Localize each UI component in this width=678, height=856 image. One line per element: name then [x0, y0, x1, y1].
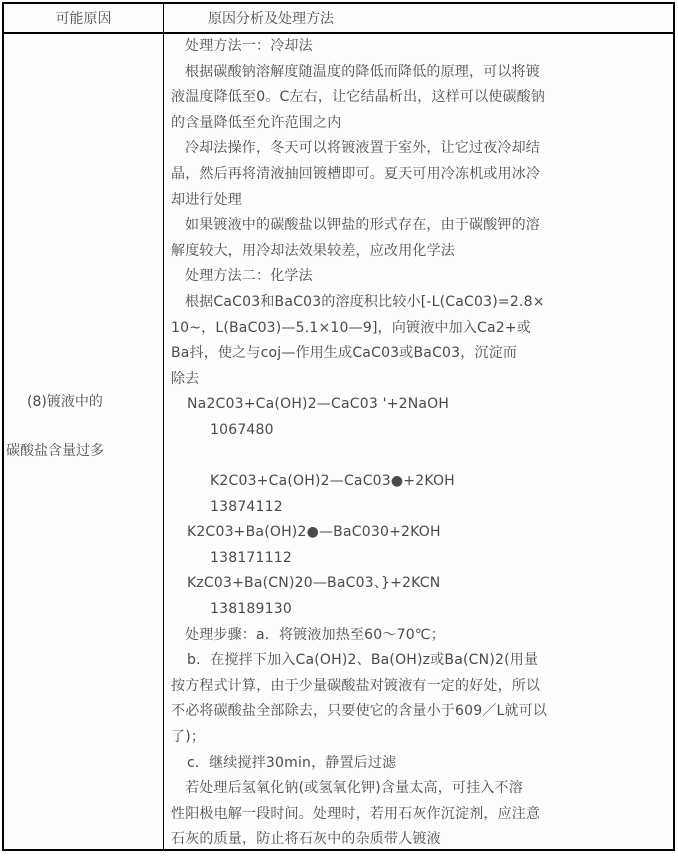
analysis-line: K2C03+Ba(OH)2●—BaC030+2KOH [171, 520, 669, 546]
analysis-line: 了)； [171, 725, 669, 751]
analysis-line: 晶，然后再将清液抽回镀槽即可。夏天可用冷冻机或用冰冷 [171, 162, 669, 188]
cause-cell: (8)镀液中的 碳酸盐含量过多 [4, 34, 164, 849]
column-header-possible-cause: 可能原因 [4, 4, 164, 32]
cause-text-line1: (8)镀液中的 [27, 394, 103, 410]
analysis-line: 根据CaC03和BaC03的溶度积比较小[-L(CaC03)=2.8× [171, 290, 669, 316]
analysis-line: 液温度降低至0。C左右，让它结晶析出，这样可以使碳酸钠 [171, 85, 669, 111]
analysis-line: 13874112 [171, 495, 669, 521]
analysis-line: 处理步骤：a．将镀液加热至60～70℃； [171, 623, 669, 649]
analysis-line: 解度较大，用冷却法效果较差，应改用化学法 [171, 239, 669, 265]
analysis-line: 138171112 [171, 546, 669, 572]
analysis-line: b．在搅拌下加入Ca(OH)2、Ba(OH)z或Ba(CN)2(用量 [171, 648, 669, 674]
analysis-line: 若处理后氢氧化钠(或氢氧化钾)含量太高，可挂入不溶 [171, 776, 669, 802]
analysis-line: 却进行处理 [171, 188, 669, 214]
analysis-line: c．继续搅拌30min，静置后过滤 [171, 751, 669, 777]
analysis-cell: 处理方法一：冷却法根据碳酸钠溶解度随温度的降低而降低的原理，可以将镀液温度降低至… [164, 34, 673, 849]
analysis-line: 10~，L(BaC03)—5.1×10—9]，向镀液中加入Ca2+或 [171, 316, 669, 342]
analysis-line: 的含量降低至允许范围之内 [171, 111, 669, 137]
analysis-line: 冷却法操作，冬天可以将镀液置于室外，让它过夜冷却结 [171, 136, 669, 162]
troubleshooting-table: 可能原因 原因分析及处理方法 (8)镀液中的 碳酸盐含量过多 处理方法一：冷却法… [2, 2, 675, 851]
analysis-line: Ba抖，使之与coj—作用生成CaC03或BaC03，沉淀而 [171, 341, 669, 367]
analysis-line: 不必将碳酸盐全部除去，只要使它的含量小于609／L就可以 [171, 699, 669, 725]
analysis-blank-line [171, 444, 669, 470]
analysis-line: K2C03+Ca(OH)2—CaC03●+2KOH [171, 469, 669, 495]
analysis-line: 性阳极电解一段时间。处理时，若用石灰作沉淀剂，应注意 [171, 802, 669, 828]
analysis-line: 根据碳酸钠溶解度随温度的降低而降低的原理，可以将镀 [171, 60, 669, 86]
analysis-line: 按方程式计算，由于少量碳酸盐对镀液有一定的好处，所以 [171, 674, 669, 700]
document-page: 可能原因 原因分析及处理方法 (8)镀液中的 碳酸盐含量过多 处理方法一：冷却法… [0, 0, 678, 856]
table-header-row: 可能原因 原因分析及处理方法 [4, 4, 673, 34]
table-body-row: (8)镀液中的 碳酸盐含量过多 处理方法一：冷却法根据碳酸钠溶解度随温度的降低而… [4, 34, 673, 849]
analysis-line: 处理方法二：化学法 [171, 264, 669, 290]
analysis-line: Na2C03+Ca(OH)2—CaC03 '+2NaOH [171, 392, 669, 418]
analysis-line: KzC03+Ba(CN)20—BaC03、}+2KCN [171, 571, 669, 597]
analysis-line: 处理方法一：冷却法 [171, 34, 669, 60]
column-header-analysis-method: 原因分析及处理方法 [164, 4, 673, 32]
analysis-line: 除去 [171, 367, 669, 393]
analysis-line: 138189130 [171, 597, 669, 623]
cause-text-line2: 碳酸盐含量过多 [6, 443, 104, 459]
analysis-line: 石灰的质量，防止将石灰中的杂质带人镀液 [171, 827, 669, 849]
analysis-line: 如果镀液中的碳酸盐以钾盐的形式存在，由于碳酸钾的溶 [171, 213, 669, 239]
analysis-line: 1067480 [171, 418, 669, 444]
